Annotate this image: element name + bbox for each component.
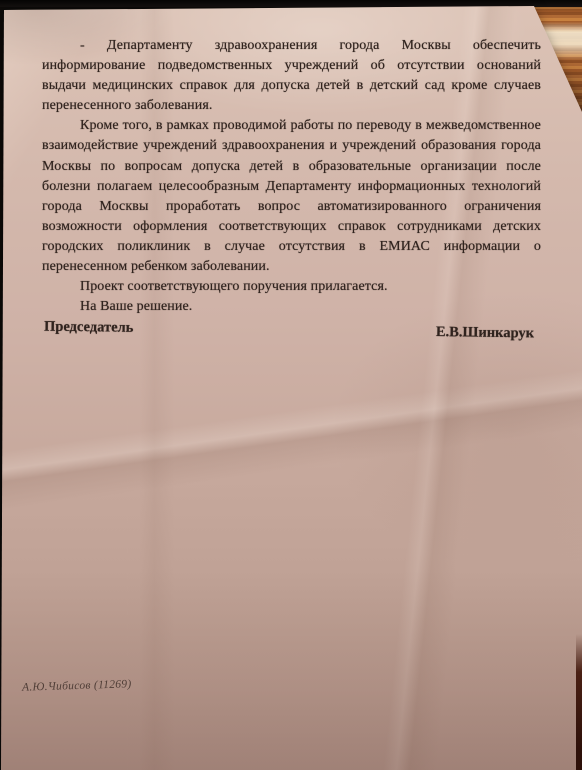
paragraph-na-vashe-reshenie: На Ваше решение. <box>42 297 541 317</box>
document-body: - Департаменту здравоохранения города Мо… <box>42 36 541 317</box>
paragraph-proekt: Проект соответствующего поручения прилаг… <box>42 277 541 297</box>
executor-note: А.Ю.Чибисов (11269) <box>22 678 132 693</box>
paragraph-departament-zdrav: - Департаменту здравоохранения города Мо… <box>42 36 541 116</box>
signature-title: Председатель <box>44 319 134 337</box>
document-page: - Департаменту здравоохранения города Мо… <box>0 0 582 770</box>
signature-row: Председатель Е.В.Шинкарук <box>44 319 534 343</box>
paper-shadow-wrapper: - Департаменту здравоохранения города Мо… <box>0 0 582 770</box>
photo-of-document: - Департаменту здравоохранения города Мо… <box>0 0 582 770</box>
desk-edge-sliver <box>576 634 582 770</box>
signature-name: Е.В.Шинкарук <box>436 324 534 342</box>
paragraph-krome-togo: Кроме того, в рамках проводимой работы п… <box>42 116 541 277</box>
